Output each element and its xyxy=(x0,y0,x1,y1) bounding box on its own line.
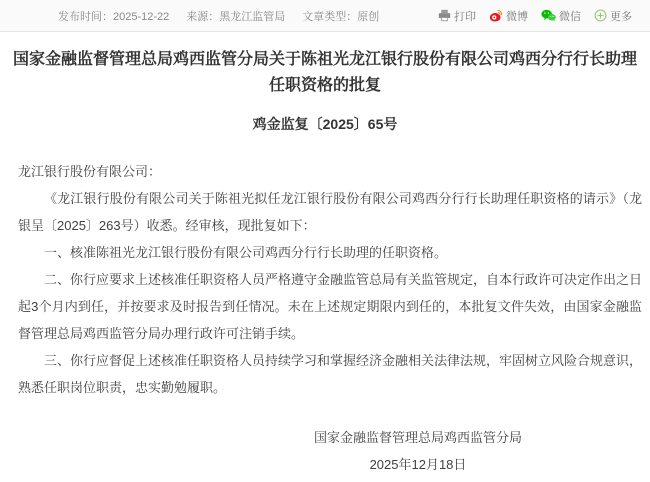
print-button[interactable]: 打印 xyxy=(438,8,476,24)
item-1-paragraph: 一、核准陈祖光龙江银行股份有限公司鸡西分行行长助理的任职资格。 xyxy=(18,239,642,266)
issuing-authority: 国家金融监督管理总局鸡西监管分局 xyxy=(314,424,522,451)
wechat-label: 微信 xyxy=(559,8,581,24)
weibo-label: 微博 xyxy=(506,8,528,24)
wechat-icon xyxy=(541,9,556,22)
salutation: 龙江银行股份有限公司： xyxy=(18,158,642,185)
more-label: 更多 xyxy=(610,8,632,24)
item-3-paragraph: 三、你行应督促上述核准任职资格人员持续学习和掌握经济金融相关法律法规，牢固树立风… xyxy=(18,347,642,401)
article-type: 文章类型：原创 xyxy=(302,8,379,24)
publish-date: 发布时间：2025-12-22 xyxy=(58,8,169,24)
article-source: 来源：黑龙江监管局 xyxy=(186,8,285,24)
signature-block: 国家金融监督管理总局鸡西监管分局 2025年12月18日 xyxy=(314,424,522,478)
share-wechat-button[interactable]: 微信 xyxy=(541,8,581,24)
page-title: 国家金融监督管理总局鸡西监管分局关于陈祖光龙江银行股份有限公司鸡西分行行长助理任… xyxy=(10,47,640,99)
item-2-paragraph: 二、你行应要求上述核准任职资格人员严格遵守金融监管总局有关监管规定，自本行政许可… xyxy=(18,266,642,347)
more-share-button[interactable]: 更多 xyxy=(594,8,632,24)
share-toolbar: 打印 微博 xyxy=(438,8,632,24)
issue-date: 2025年12月18日 xyxy=(370,451,467,478)
plus-circle-icon xyxy=(594,9,607,22)
weibo-icon xyxy=(489,9,503,23)
share-weibo-button[interactable]: 微博 xyxy=(489,8,528,24)
print-label: 打印 xyxy=(454,8,476,24)
document-number: 鸡金监复〔2025〕65号 xyxy=(0,114,650,134)
document-body: 龙江银行股份有限公司： 《龙江银行股份有限公司关于陈祖光拟任龙江银行股份有限公司… xyxy=(0,134,650,401)
document-page: { "topbar": { "meta": [ { "text": "发布时间：… xyxy=(0,0,650,482)
printer-icon xyxy=(438,9,451,22)
title-section: 国家金融监督管理总局鸡西监管分局关于陈祖光龙江银行股份有限公司鸡西分行行长助理任… xyxy=(0,32,650,99)
intro-paragraph: 《龙江银行股份有限公司关于陈祖光拟任龙江银行股份有限公司鸡西分行行长助理任职资格… xyxy=(18,185,642,239)
article-meta-bar: 发布时间：2025-12-22 来源：黑龙江监管局 文章类型：原创 打印 xyxy=(0,0,650,32)
